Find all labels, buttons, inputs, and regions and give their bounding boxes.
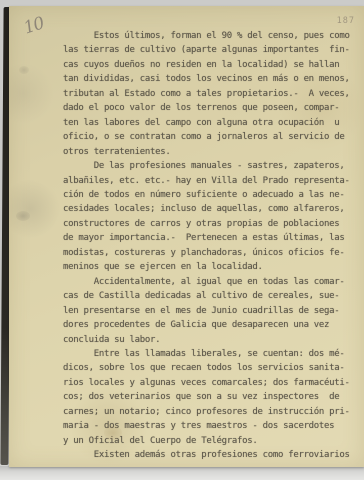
paper-sheet: 10 187 Estos últimos, forman el 90 % del…: [9, 6, 364, 467]
paper-smudge: [19, 66, 29, 74]
scan-background-strip: [0, 466, 364, 480]
paper-smudge: [16, 211, 30, 221]
page-number-stamp: 187: [337, 16, 355, 26]
scanned-document-page: 10 187 Estos últimos, forman el 90 % del…: [0, 0, 364, 480]
handwritten-folio-number: 10: [21, 13, 46, 38]
typewritten-text: Estos últimos, forman el 90 % del censo,…: [63, 29, 350, 463]
